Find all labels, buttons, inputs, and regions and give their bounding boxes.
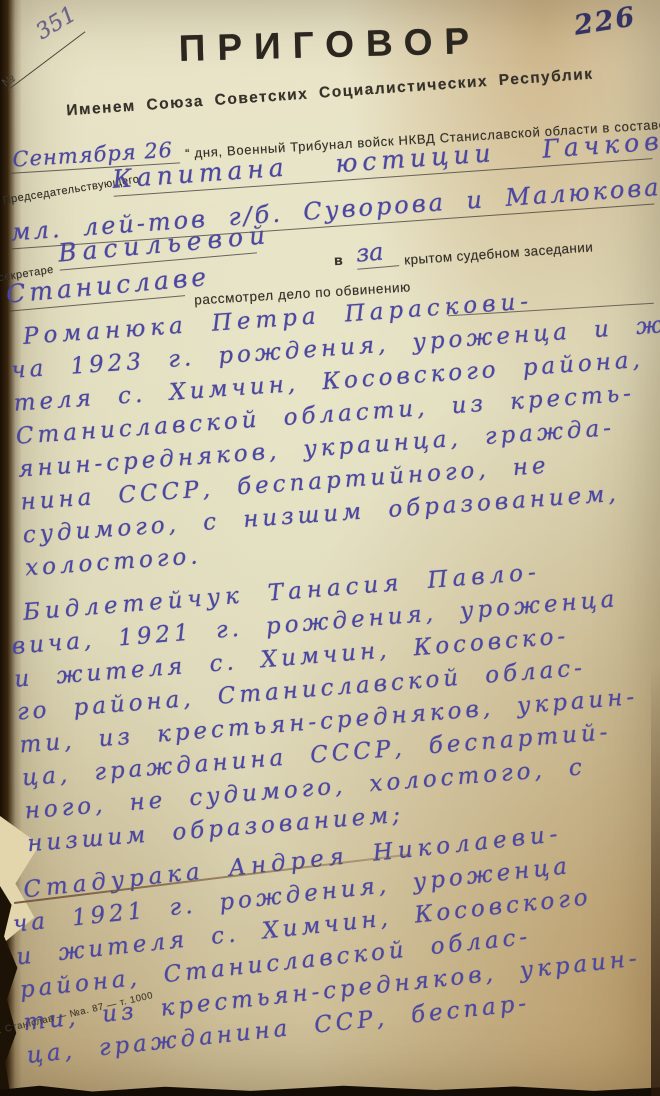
za-handwritten: за xyxy=(355,236,399,270)
paragraph-2: Бидлетейчук Танасия Павло-вича, 1921 г. … xyxy=(8,547,660,861)
printed-word-in: в xyxy=(333,252,343,269)
document-photo: № 351 226 ПРИГОВОР Именем Союза Советски… xyxy=(0,0,660,1096)
paragraph-1: Романюка Петра Параскови-ча 1923 г. рожд… xyxy=(8,277,660,586)
handwritten-body: Романюка Петра Параскови-ча 1923 г. рожд… xyxy=(8,322,656,1074)
